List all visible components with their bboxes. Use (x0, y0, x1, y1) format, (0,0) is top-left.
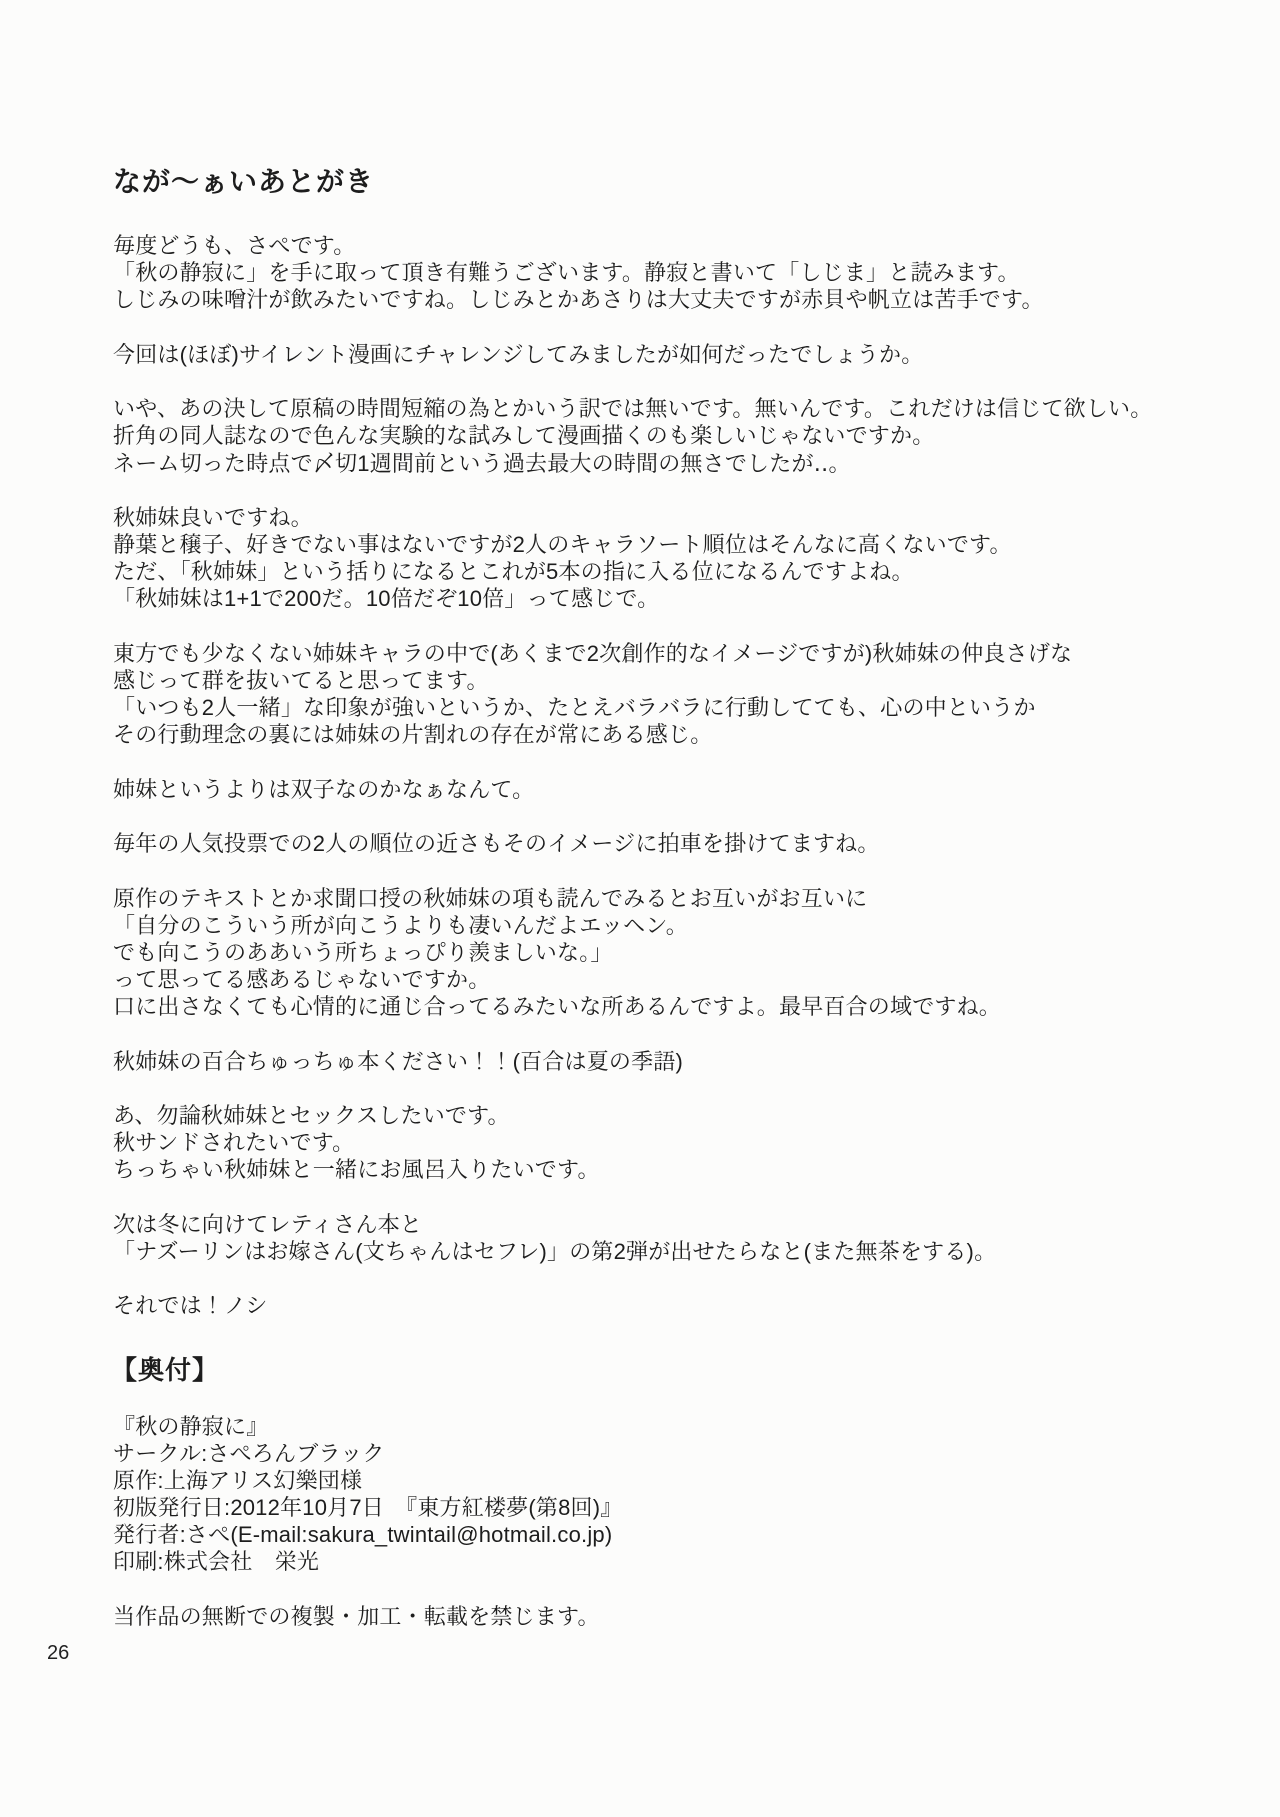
text-line: 毎度どうも、さぺです。 (113, 232, 1240, 259)
text-line: 口に出さなくても心情的に通じ合ってるみたいな所あるんですよ。最早百合の域ですね。 (113, 993, 1240, 1020)
text-line: 毎年の人気投票での2人の順位の近さもそのイメージに拍車を掛けてますね。 (113, 830, 1240, 857)
page-content: なが～ぁいあとがき 毎度どうも、さぺです。「秋の静寂に」を手に取って頂き有難うご… (0, 0, 1280, 1630)
text-line: 「自分のこういう所が向こうよりも凄いんだよエッヘン。 (113, 912, 1240, 939)
text-line: 初版発行日:2012年10月7日 『東方紅楼夢(第8回)』 (113, 1494, 1240, 1521)
afterword-page: なが～ぁいあとがき 毎度どうも、さぺです。「秋の静寂に」を手に取って頂き有難うご… (0, 0, 1280, 1817)
text-line: 秋サンドされたいです。 (113, 1129, 1240, 1156)
colophon-heading: 【奥付】 (111, 1350, 1240, 1387)
text-line: ただ、「秋姉妹」という括りになるとこれが5本の指に入る位になるんですよね。 (113, 558, 1240, 585)
paragraph: 原作のテキストとか求聞口授の秋姉妹の項も読んでみるとお互いがお互いに「自分のこう… (113, 885, 1240, 1021)
paragraph: 次は冬に向けてレティさん本と「ナズーリンはお嫁さん(文ちゃんはセフレ)」の第2弾… (113, 1211, 1240, 1265)
paragraph: 秋姉妹の百合ちゅっちゅ本ください！！(百合は夏の季語) (113, 1048, 1240, 1075)
paragraph: 姉妹というよりは双子なのかなぁなんて。 (113, 776, 1240, 803)
paragraph: 秋姉妹良いですね。静葉と穣子、好きでない事はないですが2人のキャラソート順位はそ… (113, 504, 1240, 613)
text-line: でも向こうのああいう所ちょっぴり羨ましいな。」 (113, 939, 1240, 966)
text-line: サークル:さぺろんブラック (113, 1440, 1240, 1467)
page-title: なが～ぁいあとがき (113, 160, 1240, 200)
text-line: いや、あの決して原稿の時間短縮の為とかいう訳では無いです。無いんです。これだけは… (113, 395, 1240, 422)
paragraph: いや、あの決して原稿の時間短縮の為とかいう訳では無いです。無いんです。これだけは… (113, 395, 1240, 477)
colophon-line: 印刷:株式会社 栄光 (113, 1548, 1240, 1575)
text-line: 「ナズーリンはお嫁さん(文ちゃんはセフレ)」の第2弾が出せたらなと(また無茶をす… (113, 1238, 1240, 1265)
text-line: 原作のテキストとか求聞口授の秋姉妹の項も読んでみるとお互いがお互いに (113, 885, 1240, 912)
text-line: 今回は(ほぼ)サイレント漫画にチャレンジしてみましたが如何だったでしょうか。 (113, 341, 1240, 368)
text-line: 折角の同人誌なので色んな実験的な試みして漫画描くのも楽しいじゃないですか。 (113, 422, 1240, 449)
text-line: 原作:上海アリス幻樂団様 (113, 1467, 1240, 1494)
text-line: 「いつも2人一緒」な印象が強いというか、たとえバラバラに行動してても、心の中とい… (113, 694, 1240, 721)
text-line: 秋姉妹良いですね。 (113, 504, 1240, 531)
paragraph: 毎年の人気投票での2人の順位の近さもそのイメージに拍車を掛けてますね。 (113, 830, 1240, 857)
text-line: 次は冬に向けてレティさん本と (113, 1211, 1240, 1238)
text-line: しじみの味噌汁が飲みたいですね。しじみとかあさりは大丈夫ですが赤貝や帆立は苦手で… (113, 286, 1240, 313)
text-line: 秋姉妹の百合ちゅっちゅ本ください！！(百合は夏の季語) (113, 1048, 1240, 1075)
text-line: って思ってる感あるじゃないですか。 (113, 966, 1240, 993)
colophon-line: 発行者:さぺ(E-mail:sakura_twintail@hotmail.co… (113, 1521, 1240, 1548)
text-line: 発行者:さぺ(E-mail:sakura_twintail@hotmail.co… (113, 1521, 1240, 1548)
colophon-line: 原作:上海アリス幻樂団様 (113, 1467, 1240, 1494)
reproduction-notice: 当作品の無断での複製・加工・転載を禁じます。 (113, 1603, 1240, 1630)
colophon-block: 『秋の静寂に』サークル:さぺろんブラック原作:上海アリス幻樂団様初版発行日:20… (113, 1413, 1240, 1576)
text-line: 「秋の静寂に」を手に取って頂き有難うございます。静寂と書いて「しじま」と読みます… (113, 259, 1240, 286)
text-line: ネーム切った時点で〆切1週間前という過去最大の時間の無さでしたが‥。 (113, 450, 1240, 477)
colophon-line: 『秋の静寂に』 (113, 1413, 1240, 1440)
text-line: ちっちゃい秋姉妹と一緒にお風呂入りたいです。 (113, 1156, 1240, 1183)
text-line: 静葉と穣子、好きでない事はないですが2人のキャラソート順位はそんなに高くないです… (113, 531, 1240, 558)
text-line: 感じって群を抜いてると思ってます。 (113, 667, 1240, 694)
afterword-body: 毎度どうも、さぺです。「秋の静寂に」を手に取って頂き有難うございます。静寂と書い… (113, 232, 1240, 1320)
text-line: 印刷:株式会社 栄光 (113, 1548, 1240, 1575)
text-line: 姉妹というよりは双子なのかなぁなんて。 (113, 776, 1240, 803)
paragraph: 今回は(ほぼ)サイレント漫画にチャレンジしてみましたが如何だったでしょうか。 (113, 341, 1240, 368)
paragraph: 東方でも少なくない姉妹キャラの中で(あくまで2次創作的なイメージですが)秋姉妹の… (113, 640, 1240, 749)
paragraph: あ、勿論秋姉妹とセックスしたいです。秋サンドされたいです。ちっちゃい秋姉妹と一緒… (113, 1102, 1240, 1184)
page-number: 26 (47, 1642, 69, 1665)
text-line: 東方でも少なくない姉妹キャラの中で(あくまで2次創作的なイメージですが)秋姉妹の… (113, 640, 1240, 667)
paragraph: それでは！ノシ (113, 1292, 1240, 1319)
text-line: 『秋の静寂に』 (113, 1413, 1240, 1440)
colophon-line: 初版発行日:2012年10月7日 『東方紅楼夢(第8回)』 (113, 1494, 1240, 1521)
text-line: その行動理念の裏には姉妹の片割れの存在が常にある感じ。 (113, 721, 1240, 748)
text-line: あ、勿論秋姉妹とセックスしたいです。 (113, 1102, 1240, 1129)
text-line: それでは！ノシ (113, 1292, 1240, 1319)
colophon-line: サークル:さぺろんブラック (113, 1440, 1240, 1467)
paragraph: 毎度どうも、さぺです。「秋の静寂に」を手に取って頂き有難うございます。静寂と書い… (113, 232, 1240, 314)
text-line: 「秋姉妹は1+1で200だ。10倍だぞ10倍」って感じで。 (113, 585, 1240, 612)
